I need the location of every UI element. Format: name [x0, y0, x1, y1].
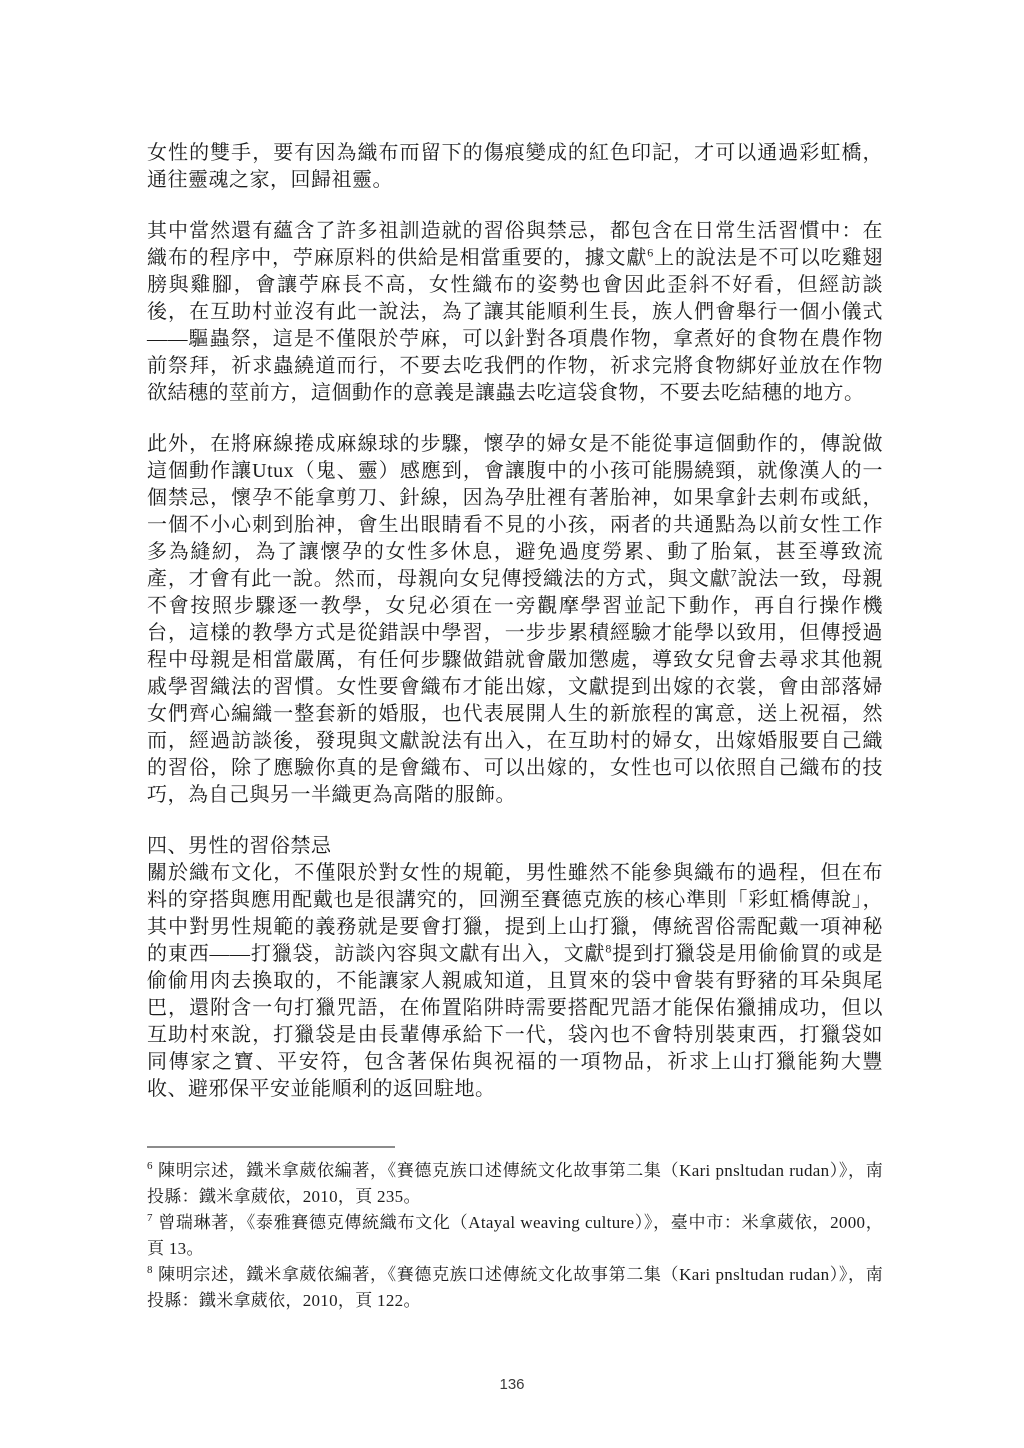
paragraph-text: 上的說法是不可以吃雞翅膀與雞腳，會讓苧麻長不高，女性織布的姿勢也會因此歪斜不好看…	[147, 247, 883, 404]
footnote-text: 陳明宗述，鐵米拿葳依編著，《賽德克族口述傳統文化故事第二集（Kari pnslt…	[147, 1161, 883, 1206]
paragraph-rainbow-bridge: 女性的雙手，要有因為織布而留下的傷痕變成的紅色印記，才可以通過彩虹橋，通往靈魂之…	[147, 140, 883, 194]
footnotes-section: 6陳明宗述，鐵米拿葳依編著，《賽德克族口述傳統文化故事第二集（Kari pnsl…	[147, 1146, 883, 1314]
footnote-separator-rule	[147, 1146, 395, 1148]
paragraph-text: 女性的雙手，要有因為織布而留下的傷痕變成的紅色印記，才可以通過彩虹橋，通往靈魂之…	[147, 142, 883, 191]
section-heading-male-taboos: 四、男性的習俗禁忌	[147, 833, 883, 860]
page-number: 136	[0, 1376, 1024, 1393]
paragraph-text: 說法一致，母親不會按照步驟逐一教學，女兒必須在一旁觀摩學習並記下動作，再自行操作…	[147, 568, 883, 806]
footnote-marker: 8	[147, 1264, 153, 1276]
footnote-marker: 6	[147, 1160, 153, 1172]
paragraph-pregnancy-weaving: 此外，在將麻線捲成麻線球的步驟，懷孕的婦女是不能從事這個動作的，傳說做這個動作讓…	[147, 431, 883, 809]
document-page: 女性的雙手，要有因為織布而留下的傷痕變成的紅色印記，才可以通過彩虹橋，通往靈魂之…	[0, 0, 1024, 1448]
paragraph-hunting-bag: 關於織布文化，不僅限於對女性的規範，男性雖然不能參與織布的過程，但在布料的穿搭與…	[147, 860, 883, 1103]
paragraph-customs-taboos: 其中當然還有蘊含了許多祖訓造就的習俗與禁忌，都包含在日常生活習慣中：在織布的程序…	[147, 218, 883, 407]
footnote-item-7: 7曾瑞琳著，《泰雅賽德克傳統織布文化（Atayal weaving cultur…	[147, 1210, 883, 1262]
paragraph-text: 提到打獵袋是用偷偷買的或是偷偷用肉去換取的，不能讓家人親戚知道，且買來的袋中會裝…	[147, 943, 883, 1100]
body-text-block: 女性的雙手，要有因為織布而留下的傷痕變成的紅色印記，才可以通過彩虹橋，通往靈魂之…	[147, 140, 883, 1127]
footnote-text: 陳明宗述，鐵米拿葳依編著，《賽德克族口述傳統文化故事第二集（Kari pnslt…	[147, 1265, 883, 1310]
footnote-text: 曾瑞琳著，《泰雅賽德克傳統織布文化（Atayal weaving culture…	[147, 1213, 883, 1258]
paragraph-text: 此外，在將麻線捲成麻線球的步驟，懷孕的婦女是不能從事這個動作的，傳說做這個動作讓…	[147, 433, 883, 590]
footnote-marker: 7	[147, 1212, 153, 1224]
footnote-item-8: 8陳明宗述，鐵米拿葳依編著，《賽德克族口述傳統文化故事第二集（Kari pnsl…	[147, 1262, 883, 1314]
footnote-item-6: 6陳明宗述，鐵米拿葳依編著，《賽德克族口述傳統文化故事第二集（Kari pnsl…	[147, 1158, 883, 1210]
